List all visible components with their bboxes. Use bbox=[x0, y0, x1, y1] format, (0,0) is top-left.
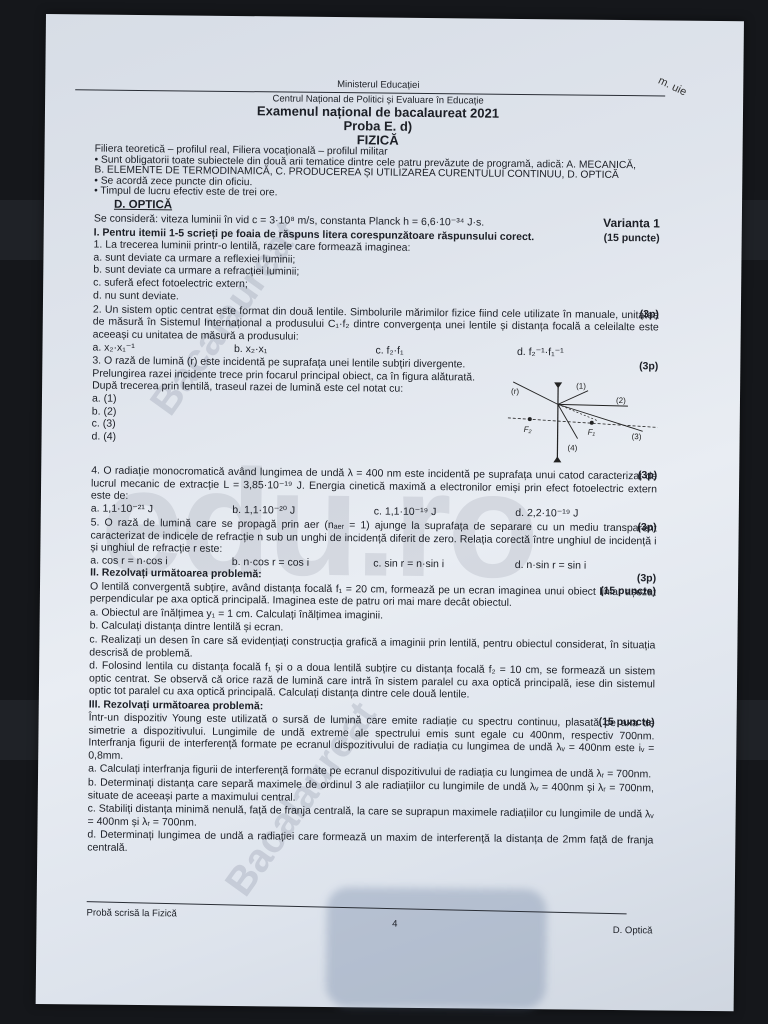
label-f1: F₁ bbox=[588, 428, 596, 437]
option: b. x₂·x₁ bbox=[234, 343, 376, 357]
variant-label: Varianta 1 bbox=[603, 217, 660, 230]
part2-heading: II. Rezolvați următoarea problemă: bbox=[90, 567, 262, 581]
page-number: 4 bbox=[392, 919, 397, 934]
footer-left: Probă scrisă la Fizică bbox=[86, 907, 177, 931]
question-text: 3. O rază de lumină (r) este incidentă p… bbox=[92, 355, 508, 397]
question-text: 4. O radiație monocromatică având lungim… bbox=[91, 464, 657, 508]
option: c. 1,1·10⁻¹⁹ J bbox=[374, 505, 516, 519]
hand-shadow bbox=[326, 887, 547, 1009]
exam-content: Ministerul Educației Centrul Național de… bbox=[87, 77, 661, 860]
option: d. f₂⁻¹·f₁⁻¹ bbox=[517, 346, 659, 360]
question-4: (3p) 4. O radiație monocromatică având l… bbox=[91, 464, 658, 521]
question-1: 1. La trecerea luminii printr-o lentilă,… bbox=[93, 239, 660, 308]
question-text: 5. O rază de lumină care se propagă prin… bbox=[90, 516, 656, 560]
option: a. x₂·x₁⁻¹ bbox=[92, 341, 234, 355]
option: c. sin r = n·sin i bbox=[373, 557, 515, 571]
option: a. 1,1·10⁻²¹ J bbox=[91, 502, 233, 516]
part2-heading-points: (3p) bbox=[637, 573, 656, 586]
option: d. n·sin r = sin i bbox=[515, 559, 657, 573]
part3-intro: Într-un dispozitiv Young este utilizată … bbox=[88, 712, 654, 768]
part1-points: (15 puncte) bbox=[604, 232, 660, 245]
label-2: (2) bbox=[616, 396, 626, 405]
exam-paper: edu.ro Bacalaureat Bacalaureat m. uie Mi… bbox=[36, 14, 744, 1011]
label-f2: F₂ bbox=[524, 425, 532, 434]
option: b. 1,1·10⁻²⁰ J bbox=[232, 504, 374, 518]
question-5: (3p) 5. O rază de lumină care se propagă… bbox=[90, 516, 657, 573]
question-text: 2. Un sistem optic centrat este format d… bbox=[93, 303, 659, 347]
part3-item: d. Determinați lungimea de undă a radiaț… bbox=[87, 829, 653, 860]
question-3: 3. O rază de lumină (r) este incidentă p… bbox=[91, 355, 658, 469]
label-4: (4) bbox=[567, 443, 577, 452]
label-3: (3) bbox=[632, 432, 642, 441]
label-1: (1) bbox=[576, 381, 586, 390]
part2-item: d. Folosind lentila cu distanța focală f… bbox=[89, 660, 655, 704]
page-footer: Probă scrisă la Fizică 4 D. Optică bbox=[86, 904, 652, 936]
lens-ray-diagram: (r) (1) (2) (3) (4) F₂ F₁ bbox=[507, 378, 658, 466]
footer-right: D. Optică bbox=[613, 925, 653, 936]
option: d. 2,2·10⁻¹⁹ J bbox=[515, 507, 657, 521]
question-points: (3p) bbox=[508, 359, 658, 373]
label-r: (r) bbox=[511, 387, 519, 396]
question-2: (3p) 2. Un sistem optic centrat este for… bbox=[92, 303, 659, 360]
option: c. f₂·f₁ bbox=[375, 344, 517, 358]
